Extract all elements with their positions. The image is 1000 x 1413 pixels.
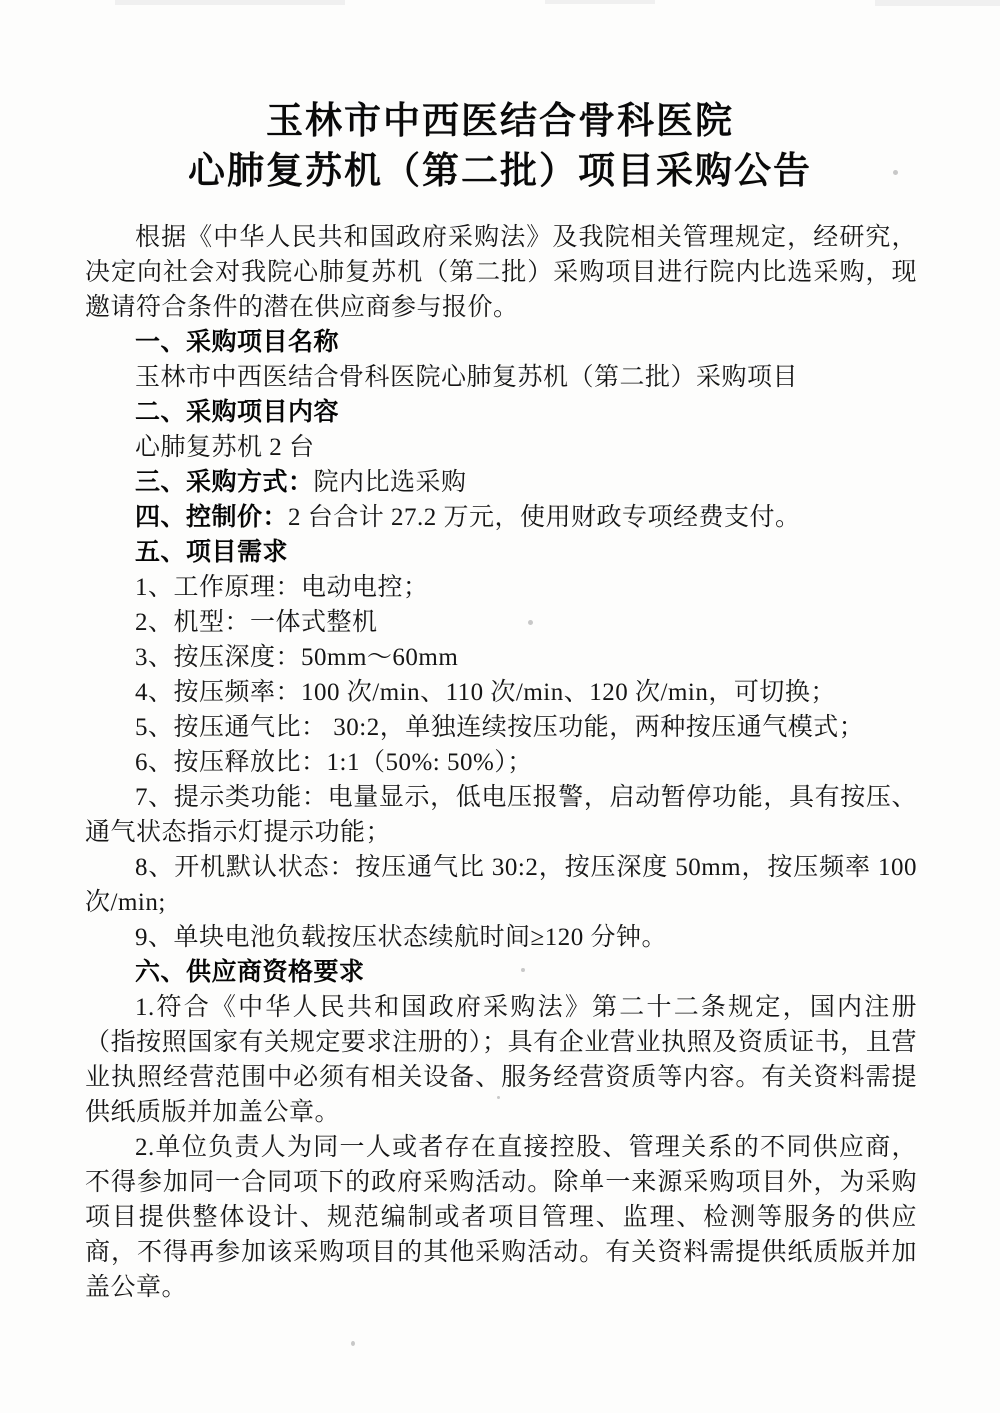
scan-artifact-top-right — [875, 0, 1000, 6]
paragraph: 3、按压深度：50mm～60mm — [85, 640, 917, 675]
paragraph-text: 7、提示类功能：电量显示，低电压报警，启动暂停功能，具有按压、通气状态指示灯提示… — [85, 784, 917, 846]
paragraph-text: 8、开机默认状态：按压通气比 30:2，按压深度 50mm，按压频率 100 次… — [85, 854, 917, 916]
paragraph-text: 根据《中华人民共和国政府采购法》及我院相关管理规定，经研究，决定向社会对我院心肺… — [85, 224, 917, 321]
paragraph-text: 5、按压通气比： 30:2，单独连续按压功能，两种按压通气模式； — [135, 714, 864, 741]
section-heading: 二、采购项目内容 — [85, 395, 917, 430]
heading-label: 三、采购方式： — [135, 468, 314, 496]
paragraph-text: 1.符合《中华人民共和国政府采购法》第二十二条规定，国内注册（指按照国家有关规定… — [85, 994, 917, 1126]
paragraph: 6、按压释放比：1:1（50%: 50%）； — [85, 745, 917, 780]
paragraph: 9、单块电池负载按压状态续航时间≥120 分钟。 — [85, 920, 917, 955]
paragraph: 4、按压频率：100 次/min、110 次/min、120 次/min，可切换… — [85, 675, 917, 710]
paragraph: 玉林市中西医结合骨科医院心肺复苏机（第二批）采购项目 — [85, 360, 917, 395]
paragraph: 8、开机默认状态：按压通气比 30:2，按压深度 50mm，按压频率 100 次… — [85, 850, 917, 920]
section-heading: 一、采购项目名称 — [85, 325, 917, 360]
paragraph-text: 玉林市中西医结合骨科医院心肺复苏机（第二批）采购项目 — [135, 364, 798, 391]
scan-speck — [497, 1096, 500, 1099]
paragraph-text: 6、按压释放比：1:1（50%: 50%）； — [135, 749, 533, 776]
paragraph: 1、工作原理：电动电控； — [85, 570, 917, 605]
paragraph-text: 2.单位负责人为同一人或者存在直接控股、管理关系的不同供应商，不得参加同一合同项… — [85, 1134, 917, 1301]
title-line-2: 心肺复苏机（第二批）项目采购公告 — [0, 146, 1000, 196]
paragraph-text: 4、按压频率：100 次/min、110 次/min、120 次/min，可切换… — [135, 679, 836, 706]
scan-speck — [521, 968, 525, 972]
scan-artifact-top-left — [115, 0, 345, 5]
paragraph-text: 2、机型：一体式整机 — [135, 609, 378, 636]
document-body: 根据《中华人民共和国政府采购法》及我院相关管理规定，经研究，决定向社会对我院心肺… — [85, 220, 917, 1305]
paragraph: 根据《中华人民共和国政府采购法》及我院相关管理规定，经研究，决定向社会对我院心肺… — [85, 220, 917, 325]
scan-speck — [893, 170, 898, 175]
heading-label: 四、控制价： — [135, 503, 288, 531]
section-heading: 六、供应商资格要求 — [85, 955, 917, 990]
document-title: 玉林市中西医结合骨科医院 心肺复苏机（第二批）项目采购公告 — [0, 0, 1000, 196]
scan-speck — [351, 1341, 355, 1346]
paragraph-text: 五、项目需求 — [135, 538, 288, 566]
paragraph-text: 心肺复苏机 2 台 — [135, 434, 315, 461]
document-page: 玉林市中西医结合骨科医院 心肺复苏机（第二批）项目采购公告 根据《中华人民共和国… — [0, 0, 1000, 1413]
paragraph-text: 2 台合计 27.2 万元，使用财政专项经费支付。 — [288, 504, 801, 531]
paragraph: 心肺复苏机 2 台 — [85, 430, 917, 465]
paragraph-text: 1、工作原理：电动电控； — [135, 574, 429, 601]
section-heading: 五、项目需求 — [85, 535, 917, 570]
paragraph: 5、按压通气比： 30:2，单独连续按压功能，两种按压通气模式； — [85, 710, 917, 745]
paragraph: 2、机型：一体式整机 — [85, 605, 917, 640]
scan-artifact-top-middle — [545, 0, 655, 4]
paragraph: 7、提示类功能：电量显示，低电压报警，启动暂停功能，具有按压、通气状态指示灯提示… — [85, 780, 917, 850]
scan-speck — [528, 620, 533, 625]
paragraph: 2.单位负责人为同一人或者存在直接控股、管理关系的不同供应商，不得参加同一合同项… — [85, 1130, 917, 1305]
title-line-1: 玉林市中西医结合骨科医院 — [0, 96, 1000, 146]
paragraph: 三、采购方式：院内比选采购 — [85, 465, 917, 500]
paragraph-text: 3、按压深度：50mm～60mm — [135, 644, 458, 671]
paragraph-text: 9、单块电池负载按压状态续航时间≥120 分钟。 — [135, 924, 667, 951]
paragraph-text: 一、采购项目名称 — [135, 328, 339, 356]
paragraph: 1.符合《中华人民共和国政府采购法》第二十二条规定，国内注册（指按照国家有关规定… — [85, 990, 917, 1130]
paragraph-text: 六、供应商资格要求 — [135, 958, 365, 986]
paragraph-text: 二、采购项目内容 — [135, 398, 339, 426]
paragraph-text: 院内比选采购 — [314, 469, 467, 496]
paragraph: 四、控制价：2 台合计 27.2 万元，使用财政专项经费支付。 — [85, 500, 917, 535]
